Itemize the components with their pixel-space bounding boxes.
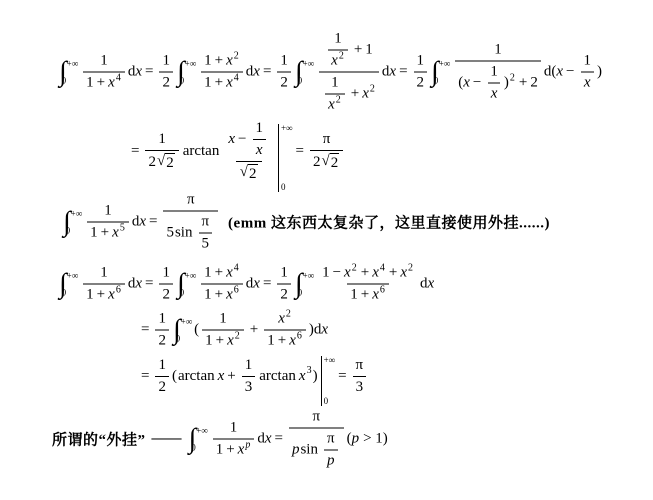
radicand: 2 xyxy=(248,164,258,183)
var-x: x xyxy=(372,265,379,282)
integral-lower-limit: 0 xyxy=(191,443,203,452)
math-token: 1 xyxy=(494,42,502,59)
exponent: 2 xyxy=(234,51,239,61)
nested-fraction: πp xyxy=(324,431,338,470)
numerator: x2 xyxy=(275,311,295,330)
fraction: 1 1+x4 xyxy=(83,53,125,92)
fraction: 1 (x− 1x )2 +2 xyxy=(455,42,541,103)
fraction: x−1x √2 xyxy=(225,120,272,183)
math-token: 1 xyxy=(90,225,98,242)
minus-sign: − xyxy=(238,131,246,148)
radical-icon: √ xyxy=(321,153,329,172)
exponent: 4 xyxy=(234,73,239,83)
denominator: 5 xyxy=(199,233,213,253)
exponent: 2 xyxy=(352,263,357,273)
big-fraction: 1x2 +1 1x2 +x2 xyxy=(319,31,379,114)
equation-line-3: ∫+∞0 1 1+x5 dx = π 5sinπ5 (emm 这东西太复杂了，这… xyxy=(62,192,550,253)
fraction-one-half: 1 2 xyxy=(155,357,169,396)
numerator: 1 xyxy=(159,53,173,72)
condition-text: > 1 xyxy=(363,431,383,448)
denominator: √2 xyxy=(236,161,262,183)
var-x: x xyxy=(228,131,235,148)
pi-symbol: π xyxy=(327,431,335,448)
integral-limits: +∞0 xyxy=(439,58,451,86)
var-x: x xyxy=(112,225,119,242)
exponent: 6 xyxy=(234,285,239,295)
math-token: 2 xyxy=(158,379,166,396)
numerator: 1 xyxy=(227,420,241,439)
denominator: (x− 1x )2 +2 xyxy=(455,61,541,103)
math-token: 1 xyxy=(280,265,288,282)
equals-sign: = xyxy=(399,64,407,81)
integral-lower-limit: 0 xyxy=(62,288,74,297)
plus-sign: + xyxy=(250,322,258,339)
integral-upper-limit: +∞ xyxy=(181,317,193,326)
plus-sign: + xyxy=(215,265,223,282)
left-paren: ( xyxy=(194,322,199,339)
sin-label: sin xyxy=(300,442,318,459)
var-x: x xyxy=(491,86,498,103)
integral-sign: ∫+∞0 xyxy=(177,58,196,86)
math-token: 3 xyxy=(245,379,253,396)
denominator: 1+x6 xyxy=(201,284,243,304)
equals-sign: = xyxy=(131,143,139,160)
equals-sign: = xyxy=(145,276,153,293)
numerator: 1+x2 xyxy=(201,53,243,72)
integral-lower-limit: 0 xyxy=(298,76,310,85)
equation-line-1: ∫+∞0 1 1+x4 dx = 1 2 ∫+∞0 1+x2 1+x4 dx =… xyxy=(58,31,602,114)
numerator: 1 xyxy=(580,53,594,72)
denominator: 2 xyxy=(155,376,169,396)
nested-fraction: 1x xyxy=(487,64,501,103)
integral-lower-limit: 0 xyxy=(66,226,78,235)
eval-upper-limit: +∞ xyxy=(324,356,336,365)
math-token: 1 xyxy=(204,265,212,282)
numerator: 1 xyxy=(487,64,501,83)
dash-separator: —— xyxy=(152,431,182,448)
exponent: 2 xyxy=(370,84,375,94)
equals-sign: = xyxy=(145,64,153,81)
denominator: p xyxy=(324,450,338,470)
plus-sign: + xyxy=(361,287,369,304)
equals-sign: = xyxy=(263,64,271,81)
var-x: x xyxy=(289,333,296,350)
arctan-label: arctan xyxy=(259,368,296,385)
integral-upper-limit: +∞ xyxy=(185,271,197,280)
var-x: x xyxy=(344,265,351,282)
numerator: 1 xyxy=(216,311,230,330)
numerator: π xyxy=(184,192,198,211)
equation-line-2: = 1 2√2 arctan x−1x √2 +∞0 = π 2√2 xyxy=(128,117,346,185)
integral-limits: +∞0 xyxy=(303,270,315,298)
integral-upper-limit: +∞ xyxy=(303,59,315,68)
integral-lower-limit: 0 xyxy=(176,334,188,343)
numerator: x−1x xyxy=(225,120,272,161)
numerator: 1 xyxy=(97,53,111,72)
numerator: 1 xyxy=(277,53,291,72)
math-token: 1 xyxy=(322,265,330,282)
var-x: x xyxy=(463,75,470,92)
math-token: 1 xyxy=(162,53,170,70)
var-x: x xyxy=(226,287,233,304)
math-token: 1 xyxy=(86,75,94,92)
var-x: x xyxy=(135,276,142,293)
plus-sign: + xyxy=(215,75,223,92)
plus-sign: + xyxy=(226,442,234,459)
math-token: 1 xyxy=(205,333,213,350)
numerator: 1 xyxy=(155,357,169,376)
fraction-one-third: 1 3 xyxy=(242,357,256,396)
differential-d: d xyxy=(544,64,552,81)
math-token: 2 xyxy=(280,75,288,92)
eval-lower-limit: 0 xyxy=(324,397,336,406)
fraction: 1 1+x6 xyxy=(83,265,125,304)
integral-limits: +∞0 xyxy=(67,270,79,298)
var-x: x xyxy=(278,311,285,328)
denominator: 2 xyxy=(277,72,291,92)
numerator: 1 xyxy=(155,311,169,330)
exponent: 6 xyxy=(380,285,385,295)
math-token: 2 xyxy=(417,75,425,92)
var-x: x xyxy=(331,53,338,70)
minus-sign: − xyxy=(473,75,481,92)
math-token: 2 xyxy=(162,287,170,304)
var-x: x xyxy=(108,287,115,304)
minus-sign: − xyxy=(333,265,341,282)
equals-sign: = xyxy=(141,368,149,385)
integral-upper-limit: +∞ xyxy=(67,271,79,280)
chinese-remark: (emm 这东西太复杂了，这里直接使用外挂......) xyxy=(228,212,550,233)
math-token: 1 xyxy=(230,420,238,437)
var-x: x xyxy=(389,64,396,81)
radical-icon: √ xyxy=(240,164,248,183)
var-x: x xyxy=(299,368,306,385)
denominator: 2 xyxy=(159,284,173,304)
plus-sign: + xyxy=(361,265,369,282)
numerator: 1 xyxy=(491,42,505,61)
math-token: 1 xyxy=(280,53,288,70)
exponent: 5 xyxy=(120,223,125,233)
equals-sign: = xyxy=(275,431,283,448)
left-paren: ( xyxy=(172,368,177,385)
exponent: 2 xyxy=(408,263,413,273)
denominator: 1x2 +x2 xyxy=(319,72,379,114)
denominator: x xyxy=(488,83,501,103)
var-x: x xyxy=(428,276,435,293)
evaluation-bar: +∞0 xyxy=(321,356,336,406)
math-token: 5 xyxy=(202,236,210,253)
denominator: 1+x6 xyxy=(347,284,389,304)
denominator: 2 xyxy=(159,72,173,92)
numerator: π xyxy=(353,357,367,376)
fraction: 1 1+x2 xyxy=(202,311,244,350)
fraction: π 3 xyxy=(353,357,367,396)
fraction: π psinπp xyxy=(289,409,344,470)
plus-sign: + xyxy=(227,368,235,385)
integral-upper-limit: +∞ xyxy=(71,209,83,218)
numerator: 1 xyxy=(97,265,111,284)
sin-label: sin xyxy=(175,225,193,242)
equation-line-4: ∫+∞0 1 1+x6 dx = 1 2 ∫+∞0 1+x4 1+x6 dx =… xyxy=(58,265,434,304)
nested-fraction: 1x2 xyxy=(328,31,348,70)
fraction-one-half: 1 2 xyxy=(414,53,428,92)
fraction: π 2√2 xyxy=(310,131,343,172)
math-token: 1 xyxy=(204,287,212,304)
math-token: 5 xyxy=(166,225,174,242)
math-token: 1 xyxy=(162,265,170,282)
math-token: 1 xyxy=(245,357,253,374)
math-token: 1 xyxy=(100,265,108,282)
pi-symbol: π xyxy=(323,131,331,148)
var-x: x xyxy=(218,368,225,385)
fraction-one-half: 1 2 xyxy=(277,53,291,92)
var-x: x xyxy=(584,75,591,92)
math-token: 1 xyxy=(158,311,166,328)
integral-upper-limit: +∞ xyxy=(185,59,197,68)
numerator: 1 xyxy=(331,31,345,50)
var-p: p xyxy=(352,431,360,448)
math-token: 1 xyxy=(417,53,425,70)
pi-symbol: π xyxy=(201,214,209,231)
math-token: 1 xyxy=(365,42,373,59)
denominator: 1+xp xyxy=(213,439,255,459)
numerator: 1x2 +1 xyxy=(322,31,376,72)
right-paren: ) xyxy=(383,431,388,448)
var-x: x xyxy=(321,322,328,339)
differential-d: d xyxy=(257,431,265,448)
denominator: 5sinπ5 xyxy=(163,211,218,253)
fraction: 1−x2+x4+x2 1+x6 xyxy=(319,265,417,304)
equation-line-7: 所谓的“外挂” —— ∫+∞0 1 1+xp dx = π psinπp (p>… xyxy=(52,409,388,470)
plus-sign: + xyxy=(354,42,362,59)
chinese-label: 所谓的“外挂” xyxy=(52,429,146,450)
numerator: π xyxy=(324,431,338,450)
var-x: x xyxy=(227,333,234,350)
numerator: 1 xyxy=(252,120,266,139)
integral-upper-limit: +∞ xyxy=(196,426,208,435)
equation-line-5: = 1 2 ∫+∞0 ( 1 1+x2 + x2 1+x6 )dx xyxy=(138,311,328,350)
minus-sign: − xyxy=(566,64,574,81)
integral-sign: ∫+∞0 xyxy=(177,270,196,298)
math-token: 1 xyxy=(158,131,166,148)
fraction: 1 2√2 xyxy=(145,131,178,172)
var-x: x xyxy=(226,53,233,70)
integral-sign: ∫+∞0 xyxy=(295,58,314,86)
plus-sign: + xyxy=(97,287,105,304)
integral-sign: ∫+∞0 xyxy=(59,270,78,298)
fraction-one-half: 1 2 xyxy=(159,265,173,304)
math-token: 1 xyxy=(267,333,275,350)
math-token: 2 xyxy=(313,154,321,171)
var-x: x xyxy=(372,287,379,304)
plus-sign: + xyxy=(215,287,223,304)
denominator: 2√2 xyxy=(310,150,343,172)
math-token: 1 xyxy=(216,442,224,459)
plus-sign: + xyxy=(389,265,397,282)
denominator: 3 xyxy=(353,376,367,396)
numerator: 1 xyxy=(277,265,291,284)
right-paren: ) xyxy=(597,64,602,81)
radical-icon: √ xyxy=(157,153,165,172)
math-token: 1 xyxy=(86,287,94,304)
math-token: 2 xyxy=(280,287,288,304)
fraction-one-half: 1 2 xyxy=(277,265,291,304)
math-token: 1 xyxy=(583,53,591,70)
math-token: 1 xyxy=(100,53,108,70)
exponent: 2 xyxy=(510,73,515,83)
integral-lower-limit: 0 xyxy=(434,76,446,85)
arctan-label: arctan xyxy=(183,143,220,160)
math-token: 1 xyxy=(204,53,212,70)
plus-sign: + xyxy=(216,333,224,350)
integral-sign: ∫+∞0 xyxy=(59,58,78,86)
denominator: 2√2 xyxy=(145,150,178,172)
var-x: x xyxy=(253,276,260,293)
math-token: 1 xyxy=(219,311,227,328)
exponent: 4 xyxy=(380,263,385,273)
var-x: x xyxy=(238,442,245,459)
exponent: 4 xyxy=(116,73,121,83)
nested-fraction: 1x2 xyxy=(325,75,345,114)
numerator: 1 xyxy=(242,357,256,376)
denominator: x2 xyxy=(328,50,348,70)
numerator: 1 xyxy=(155,131,169,150)
integral-limits: +∞0 xyxy=(71,208,83,236)
var-x: x xyxy=(226,75,233,92)
exponent: 2 xyxy=(286,309,291,319)
integral-sign: ∫+∞0 xyxy=(431,58,450,86)
var-p: p xyxy=(292,442,300,459)
denominator: 2 xyxy=(414,72,428,92)
plus-sign: + xyxy=(215,53,223,70)
denominator: 1+x6 xyxy=(83,284,125,304)
denominator: 2 xyxy=(277,284,291,304)
math-token: 1 xyxy=(104,203,112,220)
var-x: x xyxy=(135,64,142,81)
equals-sign: = xyxy=(295,143,303,160)
denominator: x2 xyxy=(325,94,345,114)
integral-upper-limit: +∞ xyxy=(303,271,315,280)
math-token: 1 xyxy=(490,64,498,81)
integral-upper-limit: +∞ xyxy=(439,59,451,68)
math-token: 1 xyxy=(204,75,212,92)
right-paren: ) xyxy=(504,75,509,92)
integral-sign: ∫+∞0 xyxy=(189,425,208,453)
numerator: 1 xyxy=(159,265,173,284)
equals-sign: = xyxy=(141,322,149,339)
math-token: 2 xyxy=(530,75,538,92)
plus-sign: + xyxy=(278,333,286,350)
math-token: 1 xyxy=(158,357,166,374)
plus-sign: + xyxy=(101,225,109,242)
equation-line-6: = 1 2 ( arctanx + 1 3 arctanx3 ) +∞0 = π… xyxy=(138,351,369,401)
exponent: 6 xyxy=(116,285,121,295)
integral-sign: ∫+∞0 xyxy=(63,208,82,236)
numerator: π xyxy=(309,409,323,428)
math-token: 1 xyxy=(334,31,342,48)
math-notes-page: ∫+∞0 1 1+x4 dx = 1 2 ∫+∞0 1+x2 1+x4 dx =… xyxy=(0,0,653,500)
integral-lower-limit: 0 xyxy=(180,76,192,85)
exponent: 4 xyxy=(234,263,239,273)
var-x: x xyxy=(556,64,563,81)
integral-sign: ∫+∞0 xyxy=(295,270,314,298)
numerator: 1 xyxy=(328,75,342,94)
fraction: 1 1+xp xyxy=(213,420,255,459)
var-x: x xyxy=(139,214,146,231)
equals-sign: = xyxy=(263,276,271,293)
denominator: 1+x5 xyxy=(87,222,129,242)
denominator: 1+x2 xyxy=(202,330,244,350)
var-x: x xyxy=(265,431,272,448)
nested-fraction: 1x xyxy=(580,53,594,92)
right-paren: ) xyxy=(313,368,318,385)
differential-d: d xyxy=(420,276,428,293)
math-token: 2 xyxy=(162,75,170,92)
integral-lower-limit: 0 xyxy=(180,288,192,297)
exponent: 6 xyxy=(297,331,302,341)
numerator: π xyxy=(320,131,334,150)
denominator: 1+x4 xyxy=(83,72,125,92)
fraction: π 5sinπ5 xyxy=(163,192,218,253)
numerator: 1 xyxy=(101,203,115,222)
square-root: √2 xyxy=(157,153,175,172)
math-token: 2 xyxy=(148,154,156,171)
integral-lower-limit: 0 xyxy=(298,288,310,297)
var-x: x xyxy=(253,64,260,81)
denominator: psinπp xyxy=(289,428,344,470)
var-x: x xyxy=(226,265,233,282)
numerator: 1+x4 xyxy=(201,265,243,284)
exponent: 2 xyxy=(336,95,341,105)
denominator: 1+x4 xyxy=(201,72,243,92)
var-x: x xyxy=(108,75,115,92)
pi-symbol: π xyxy=(356,357,364,374)
square-root: √2 xyxy=(321,153,339,172)
fraction: 1+x4 1+x6 xyxy=(201,265,243,304)
radicand: 2 xyxy=(330,153,340,172)
plus-sign: + xyxy=(97,75,105,92)
var-x: x xyxy=(328,97,335,114)
numerator: π xyxy=(198,214,212,233)
math-token: 1 xyxy=(331,75,339,92)
integral-limits: +∞0 xyxy=(185,58,197,86)
integral-limits: +∞0 xyxy=(185,270,197,298)
fraction-one-half: 1 2 xyxy=(159,53,173,92)
integral-limits: +∞0 xyxy=(196,425,208,453)
var-x: x xyxy=(400,265,407,282)
integral-limits: +∞0 xyxy=(303,58,315,86)
fraction: 1+x2 1+x4 xyxy=(201,53,243,92)
eval-upper-limit: +∞ xyxy=(281,124,293,133)
numerator: 1−x2+x4+x2 xyxy=(319,265,417,284)
denominator: 1+x6 xyxy=(264,330,306,350)
math-token: 1 xyxy=(255,120,263,137)
var-x: x xyxy=(256,142,263,159)
integral-upper-limit: +∞ xyxy=(67,59,79,68)
square-root: √2 xyxy=(240,164,258,183)
denominator: 2 xyxy=(155,330,169,350)
math-token: 3 xyxy=(356,379,364,396)
denominator: x xyxy=(581,72,594,92)
var-x: x xyxy=(362,86,369,103)
plus-sign: + xyxy=(519,75,527,92)
integral-limits: +∞0 xyxy=(67,58,79,86)
exponent: 2 xyxy=(235,331,240,341)
exponent: 2 xyxy=(339,51,344,61)
denominator: x xyxy=(253,139,266,159)
plus-sign: + xyxy=(351,86,359,103)
denominator: 3 xyxy=(242,376,256,396)
